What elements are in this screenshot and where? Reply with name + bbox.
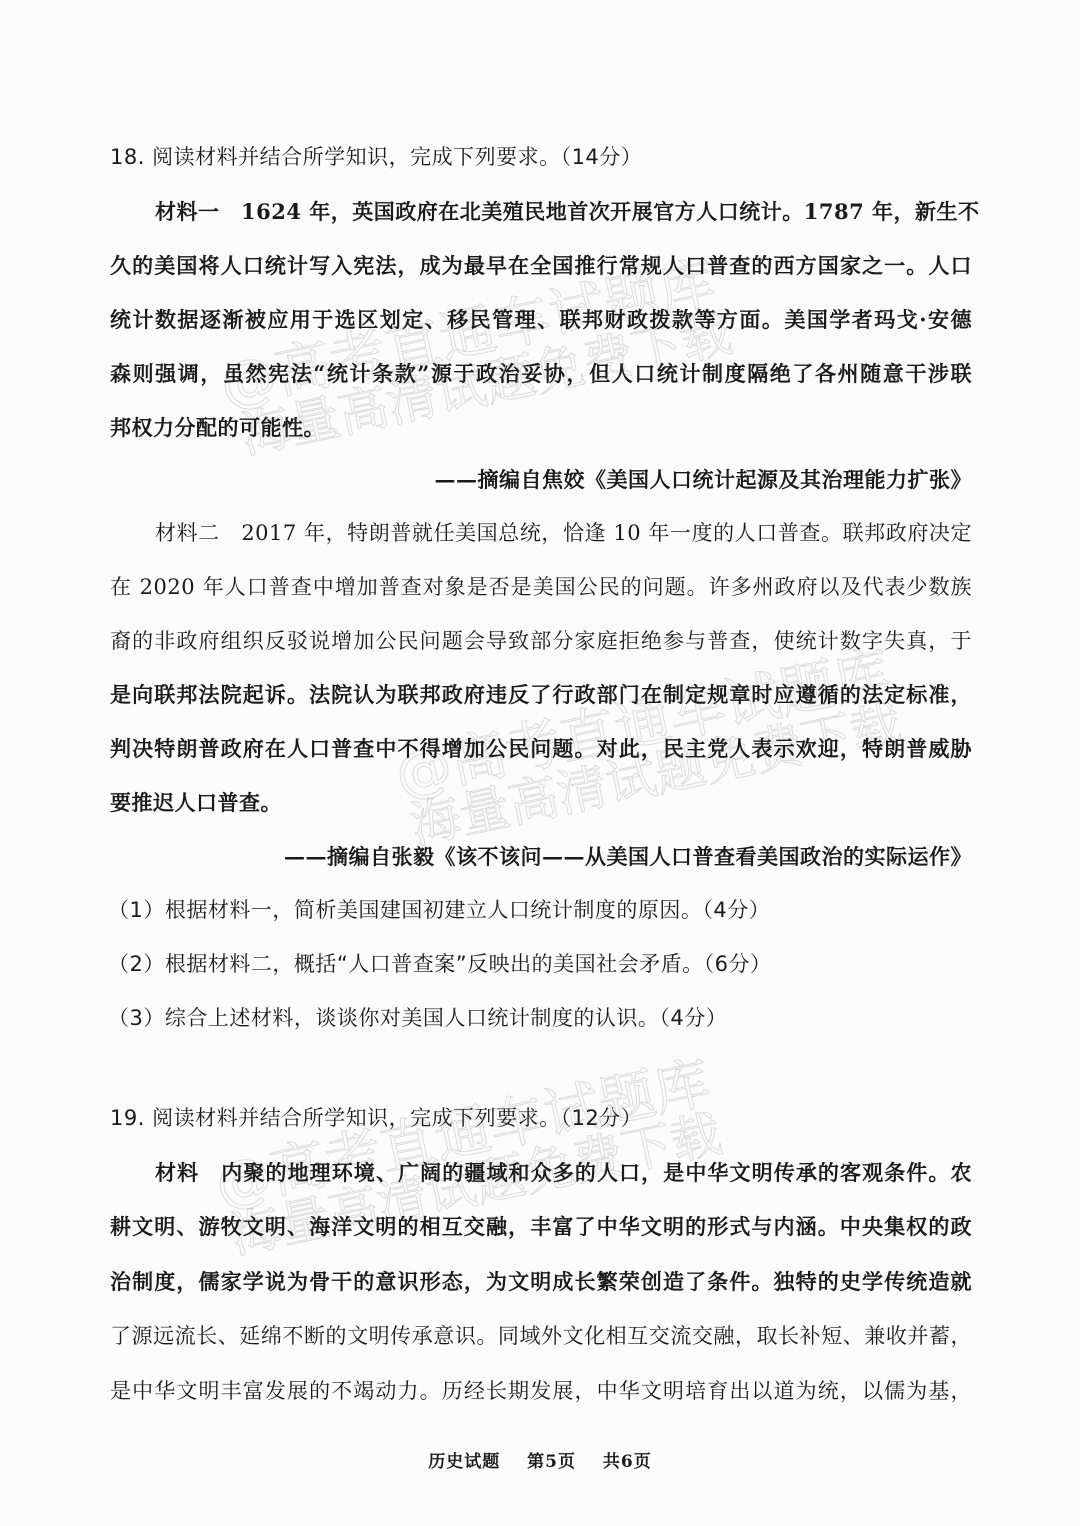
material-1-line: 森则强调，虽然宪法“统计条款”源于政治妥协，但人口统计制度隔绝了各州随意干涉联	[110, 359, 972, 389]
material-1-line: 久的美国将人口统计写入宪法，成为最早在全国推行常规人口普查的西方国家之一。人口	[110, 251, 972, 281]
material-1-line: 材料一 1624 年，英国政府在北美殖民地首次开展官方人口统计。1787 年，新…	[155, 197, 972, 227]
material-2-line: 是向联邦法院起诉。法院认为联邦政府违反了行政部门在制定规章时应遵循的法定标准，	[110, 680, 972, 710]
question-18-sub-1: （1）根据材料一，简析美国建国初建立人口统计制度的原因。（4分）	[108, 895, 970, 925]
material-1-source: ——摘编自焦姣《美国人口统计起源及其治理能力扩张》	[110, 465, 972, 495]
footer-page-number: 第5页	[527, 1452, 576, 1472]
material-line: 材料 内聚的地理环境、广阔的疆域和众多的人口，是中华文明传承的客观条件。农	[155, 1158, 972, 1188]
material-1-line: 邦权力分配的可能性。	[110, 413, 972, 443]
footer-total-pages: 共6页	[603, 1452, 652, 1472]
material-2-line: 在 2020 年人口普查中增加普查对象是否是美国公民的问题。许多州政府以及代表少…	[110, 572, 972, 602]
material-line: 了源远流长、延绵不断的文明传承意识。同域外文化相互交流交融，取长补短、兼收并蓄，	[110, 1321, 972, 1351]
question-18-title: 18. 阅读材料并结合所学知识，完成下列要求。（14分）	[110, 142, 972, 172]
material-2-line: 要推迟人口普查。	[110, 788, 972, 818]
question-19-title: 19. 阅读材料并结合所学知识，完成下列要求。（12分）	[110, 1103, 972, 1133]
question-18-sub-2: （2）根据材料二，概括“人口普查案”反映出的美国社会矛盾。（6分）	[108, 949, 970, 979]
material-2-line: 材料二 2017 年，特朗普就任美国总统，恰逢 10 年一度的人口普查。联邦政府…	[155, 518, 972, 548]
material-1-line: 统计数据逐渐被应用于选区划定、移民管理、联邦财政拨款等方面。美国学者玛戈·安德	[110, 305, 972, 335]
material-line: 治制度，儒家学说为骨干的意识形态，为文明成长繁荣创造了条件。独特的史学传统造就	[110, 1267, 972, 1297]
question-18-sub-3: （3）综合上述材料，谈谈你对美国人口统计制度的认识。（4分）	[108, 1003, 970, 1033]
material-2-line: 裔的非政府组织反驳说增加公民问题会导致部分家庭拒绝参与普查，使统计数字失真，于	[110, 626, 972, 656]
material-2-line: 判决特朗普政府在人口普查中不得增加公民问题。对此，民主党人表示欢迎，特朗普威胁	[110, 734, 972, 764]
material-line: 是中华文明丰富发展的不竭动力。历经长期发展，中华文明培育出以道为统，以儒为基，	[110, 1376, 972, 1406]
footer-subject: 历史试题	[428, 1452, 500, 1472]
exam-page: @高考直通车试题库 海量高清试题免费下载 @高考直通车试题库 海量高清试题免费下…	[0, 0, 1080, 1526]
material-line: 耕文明、游牧文明、海洋文明的相互交融，丰富了中华文明的形式与内涵。中央集权的政	[110, 1212, 972, 1242]
page-footer: 历史试题 第5页 共6页	[0, 1447, 1080, 1472]
material-2-source: ——摘编自张毅《该不该问——从美国人口普查看美国政治的实际运作》	[110, 842, 972, 872]
